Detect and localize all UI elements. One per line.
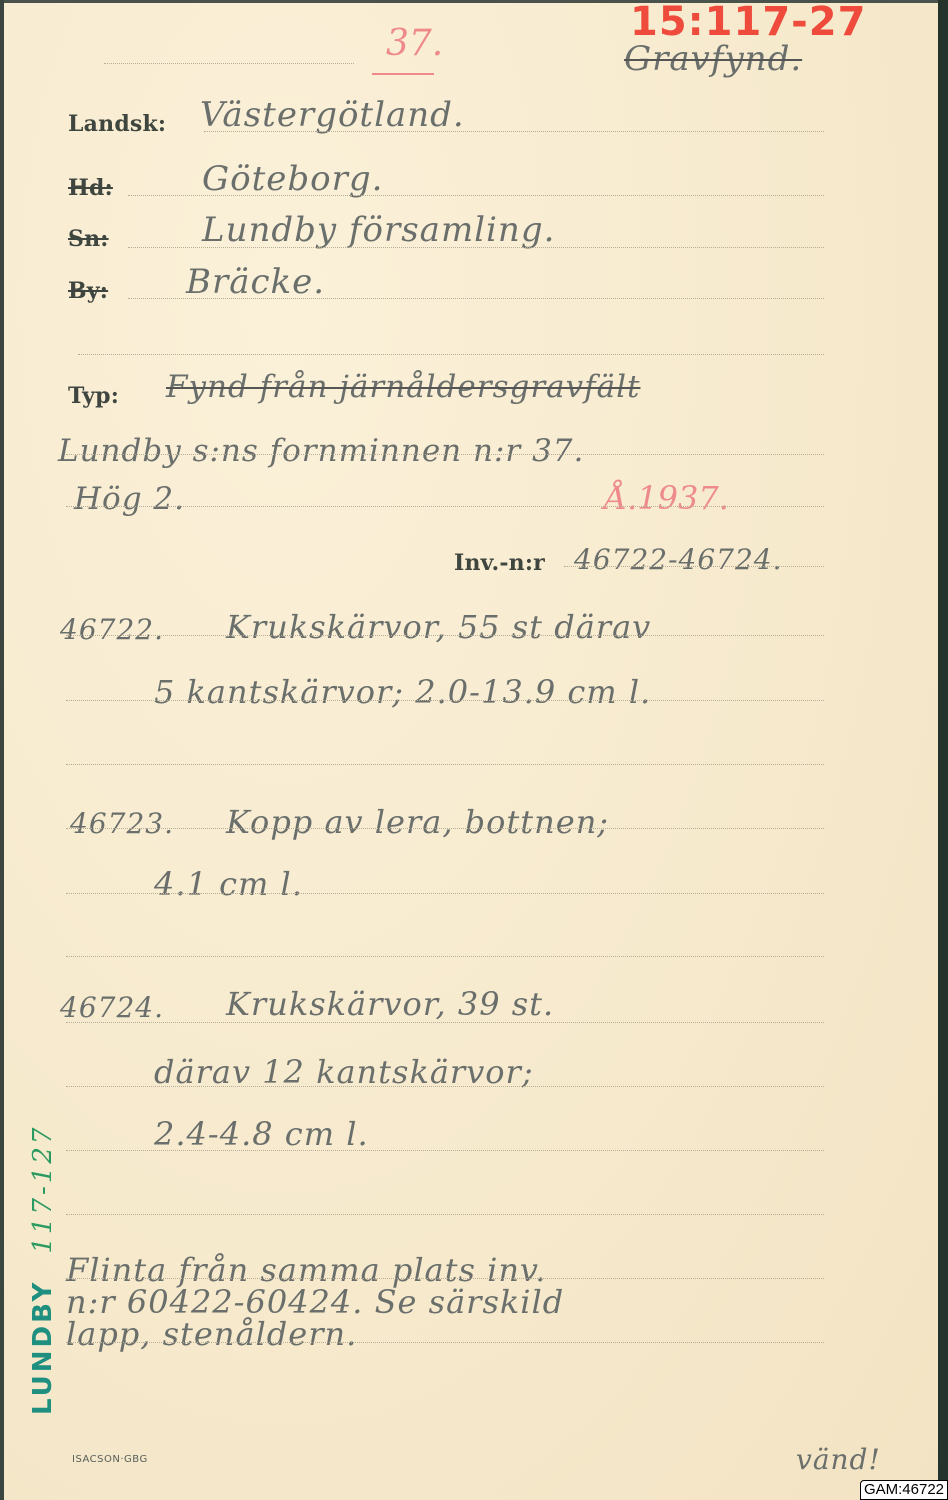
entry-line: 5 kantskärvor; 2.0-13.9 cm l. xyxy=(154,673,651,711)
ruled-line xyxy=(128,195,824,196)
socken-value: Lundby församling. xyxy=(202,210,555,250)
card-top-edge xyxy=(0,0,948,3)
side-stamp-place: LUNDBY xyxy=(28,1280,58,1415)
ruled-line xyxy=(128,298,824,299)
side-stamp-range: 117-127 xyxy=(28,1125,58,1254)
entry-line: 4.1 cm l. xyxy=(154,865,303,903)
entry-line: Kopp av lera, bottnen; xyxy=(226,803,609,841)
red-site-number: 37. xyxy=(386,23,443,64)
entry-number: 46723. xyxy=(70,807,174,840)
typ-struck-text: Fynd från järnåldersgravfält xyxy=(166,369,640,405)
ruled-line xyxy=(66,764,824,765)
harad-label: Hd: xyxy=(68,175,113,201)
ruled-line xyxy=(66,1278,824,1279)
entry-line: Krukskärvor, 39 st. xyxy=(226,985,554,1023)
inventory-value: 46722-46724. xyxy=(574,543,783,576)
ruled-line xyxy=(66,454,824,455)
ruled-line xyxy=(66,635,824,636)
ruled-line xyxy=(66,828,824,829)
entry-number: 46724. xyxy=(60,991,164,1024)
typ-line-2: Lundby s:ns fornminnen n:r 37. xyxy=(58,433,584,469)
ruled-line xyxy=(66,1214,824,1215)
ruled-line xyxy=(128,247,824,248)
struck-heading: Gravfynd. xyxy=(624,39,802,79)
card-right-edge xyxy=(938,0,948,1500)
socken-label: Sn: xyxy=(68,226,109,252)
by-value: Bräcke. xyxy=(186,262,325,302)
ruled-line xyxy=(66,1086,824,1087)
turn-over-note: vänd! xyxy=(796,1443,881,1476)
inventory-label: Inv.-n:r xyxy=(454,550,545,576)
typ-line-3: Hög 2. xyxy=(74,481,185,517)
ruled-line xyxy=(66,1342,824,1343)
typ-label: Typ: xyxy=(68,383,119,409)
ruled-line xyxy=(66,700,824,701)
ruled-line xyxy=(204,131,824,132)
ruled-line xyxy=(104,63,354,64)
landskap-value: Västergötland. xyxy=(200,95,465,135)
catalog-card: 15:117-27 37. Gravfynd. Landsk: Västergö… xyxy=(4,3,938,1500)
ruled-line xyxy=(66,1150,824,1151)
ruled-line xyxy=(66,956,824,957)
ruled-line xyxy=(564,566,824,567)
ruled-line xyxy=(66,1022,824,1023)
ruled-line xyxy=(78,354,824,355)
side-stamp: LUNDBY 117-127 xyxy=(28,1125,58,1415)
landskap-label: Landsk: xyxy=(68,111,166,137)
red-accession-year: Å.1937. xyxy=(604,479,729,517)
ruled-line xyxy=(66,893,824,894)
card-left-edge xyxy=(0,0,4,1500)
printer-mark: ISACSON·GBG xyxy=(72,1454,148,1465)
harad-value: Göteborg. xyxy=(202,159,383,199)
entry-line: Krukskärvor, 55 st därav xyxy=(226,608,651,646)
note-line: lapp, stenåldern. xyxy=(66,1315,357,1353)
ruled-line xyxy=(66,506,824,507)
archive-id-label: GAM:46722 xyxy=(860,1480,948,1500)
red-number-underline xyxy=(372,73,434,75)
by-label: By: xyxy=(68,278,108,304)
entry-number: 46722. xyxy=(60,613,164,646)
entry-line: 2.4-4.8 cm l. xyxy=(154,1115,369,1153)
